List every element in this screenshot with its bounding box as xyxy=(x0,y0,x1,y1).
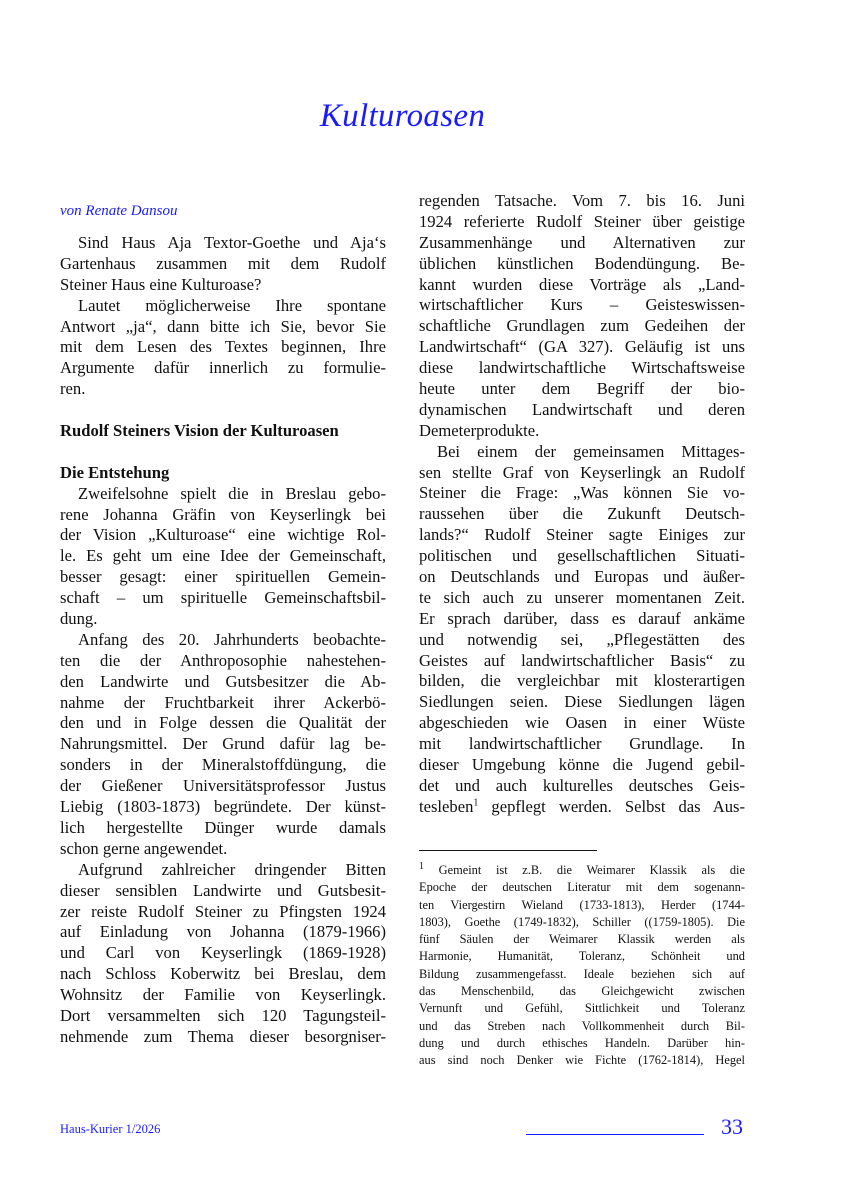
text-line: Bei einem der gemeinsamen Mittages- xyxy=(419,442,745,463)
text-line: sen stellte Graf von Keyserlingk an Rudo… xyxy=(419,463,745,484)
text-line: diese landwirtschaftliche Wirtschaftswei… xyxy=(419,358,745,379)
text-line: regenden Tatsache. Vom 7. bis 16. Juni xyxy=(419,191,745,212)
text-line: schaft – um spirituelle Gemeinschaftsbil… xyxy=(60,588,386,609)
page-number: 33 xyxy=(721,1114,743,1140)
text-line: Steiner Haus eine Kulturoase? xyxy=(60,275,386,296)
blank-line xyxy=(60,400,386,421)
text-line: Sind Haus Aja Textor-Goethe und Aja‘s xyxy=(60,233,386,254)
text-line: wirtschaftlicher Kurs – Geisteswissen- xyxy=(419,295,745,316)
author-byline: von Renate Dansou xyxy=(60,203,177,220)
text-line: Landwirtschaft“ (GA 327). Geläufig ist u… xyxy=(419,337,745,358)
text-line: mit dem Lesen des Textes beginnen, Ihre xyxy=(60,337,386,358)
article-title: Kulturoasen xyxy=(0,98,805,135)
text-line: Dort versammelten sich 120 Tagungsteil- xyxy=(60,1006,386,1027)
publication-name: Haus-Kurier 1/2026 xyxy=(60,1122,160,1137)
footnote: 1 Gemeint ist z.B. die Weimarer Klassik … xyxy=(419,862,745,1070)
text-line: raussehen über die Zukunft Deutsch- xyxy=(419,504,745,525)
text-line: politischen und gesellschaftlichen Situa… xyxy=(419,546,745,567)
footnote-line: aus sind noch Denker wie Fichte (1762-18… xyxy=(419,1052,745,1069)
footnote-line: Harmonie, Humanität, Toleranz, Schönheit… xyxy=(419,948,745,965)
blank-line xyxy=(60,442,386,463)
text-line: Gartenhaus zusammen mit dem Rudolf xyxy=(60,254,386,275)
text-line: Wohnsitz der Familie von Keyserlingk. xyxy=(60,985,386,1006)
text-line: Anfang des 20. Jahrhunderts beobachte- xyxy=(60,630,386,651)
footnote-line: Bildung zusammengefasst. Ideale beziehen… xyxy=(419,966,745,983)
text-line: Demeterprodukte. xyxy=(419,421,745,442)
footnote-text: Gemeint ist z.B. die Weimarer Klassik al… xyxy=(424,863,745,877)
text-line: der Vision „Kulturoase“ eine wichtige Ro… xyxy=(60,525,386,546)
text-line: lich hergestellte Dünger wurde damals xyxy=(60,818,386,839)
footnote-line: und das Streben nach Vollkommenheit durc… xyxy=(419,1018,745,1035)
footnote-line: das Menschenbild, das Gleichgewicht zwis… xyxy=(419,983,745,1000)
text-line: heute unter dem Begriff der bio- xyxy=(419,379,745,400)
text-line: Geistes auf landwirtschaftlicher Basis“ … xyxy=(419,651,745,672)
text-line: der Gießener Universitätsprofessor Justu… xyxy=(60,776,386,797)
text-line: schon gerne angewendet. xyxy=(60,839,386,860)
text-line: zer reiste Rudolf Steiner zu Pfingsten 1… xyxy=(60,902,386,923)
text-line: auf Einladung von Johanna (1879-1966) xyxy=(60,922,386,943)
footnote-separator xyxy=(419,850,597,851)
text-line: schaftliche Grundlagen zum Gedeihen der xyxy=(419,316,745,337)
footnote-line: dung und durch ethisches Handeln. Darübe… xyxy=(419,1035,745,1052)
footnote-line: fünf Säulen der Weimarer Klassik werden … xyxy=(419,931,745,948)
text-line: üblichen künstlichen Bodendüngung. Be- xyxy=(419,254,745,275)
text-line: und notwendig sei, „Pflegestätten des xyxy=(419,630,745,651)
text-line: Aufgrund zahlreicher dringender Bitten xyxy=(60,860,386,881)
text-line: rene Johanna Gräfin von Keyserlingk bei xyxy=(60,505,386,526)
text-line: ten die der Anthroposophie nahestehen- xyxy=(60,651,386,672)
text-line: on Deutschlands und Europas und äußer- xyxy=(419,567,745,588)
text-line: ren. xyxy=(60,379,386,400)
right-column: regenden Tatsache. Vom 7. bis 16. Juni19… xyxy=(419,191,745,818)
text-line: Nahrungsmittel. Der Grund dafür lag be- xyxy=(60,734,386,755)
text-line: den Landwirte und Gutsbesitzer die Ab- xyxy=(60,672,386,693)
text-line: Steiner die Frage: „Was können Sie vo- xyxy=(419,483,745,504)
text-line: nach Schloss Koberwitz bei Breslau, dem xyxy=(60,964,386,985)
footnote-line: Vernunft und Gefühl, Sittlichkeit und To… xyxy=(419,1000,745,1017)
text-line: den und in Folge dessen die Qualität der xyxy=(60,713,386,734)
text-line: le. Es geht um eine Idee der Gemeinschaf… xyxy=(60,546,386,567)
text-line: abgeschieden wie Oasen in einer Wüste xyxy=(419,713,745,734)
text-fragment: gepflegt werden. Selbst das Aus- xyxy=(478,797,745,816)
footnote-line: ten Viergestirn Wieland (1733-1813), Her… xyxy=(419,897,745,914)
text-line: lands?“ Rudolf Steiner sagte Einiges zur xyxy=(419,525,745,546)
text-line: Zweifelsohne spielt die in Breslau gebo- xyxy=(60,484,386,505)
text-line: mit landwirtschaftlicher Grundlage. In xyxy=(419,734,745,755)
text-line: dung. xyxy=(60,609,386,630)
section-heading: Rudolf Steiners Vision der Kulturoasen xyxy=(60,421,386,442)
text-line: 1924 referierte Rudolf Steiner über geis… xyxy=(419,212,745,233)
left-column: Sind Haus Aja Textor-Goethe und Aja‘sGar… xyxy=(60,233,386,1048)
text-line: Siedlungen seien. Diese Siedlungen lägen xyxy=(419,692,745,713)
text-line: nehmende zum Thema dieser besorgniser- xyxy=(60,1027,386,1048)
text-line: Liebig (1803-1873) begründete. Der künst… xyxy=(60,797,386,818)
text-line: dieser sensiblen Landwirte und Gutsbesit… xyxy=(60,881,386,902)
text-line: dynamischen Landwirtschaft und deren xyxy=(419,400,745,421)
text-line: Lautet möglicherweise Ihre spontane xyxy=(60,296,386,317)
footnote-line: Epoche der deutschen Literatur mit dem s… xyxy=(419,879,745,896)
text-line: kannt wurden diese Vorträge als „Land- xyxy=(419,275,745,296)
text-line: sonders in der Mineralstoffdüngung, die xyxy=(60,755,386,776)
text-fragment: tesleben xyxy=(419,797,473,816)
text-line: besser gesagt: einer spirituellen Gemein… xyxy=(60,567,386,588)
text-line: det und auch kulturelles deutsches Geis- xyxy=(419,776,745,797)
text-line: und Carl von Keyserlingk (1869-1928) xyxy=(60,943,386,964)
text-line: Antwort „ja“, dann bitte ich Sie, bevor … xyxy=(60,317,386,338)
text-line: nahme der Fruchtbarkeit ihrer Ackerbö- xyxy=(60,693,386,714)
text-line: dieser Umgebung könne die Jugend gebil- xyxy=(419,755,745,776)
footer-rule xyxy=(526,1134,704,1135)
text-line: Er sprach darüber, dass es darauf ankäme xyxy=(419,609,745,630)
section-heading: Die Entstehung xyxy=(60,463,386,484)
text-line: Argumente dafür innerlich zu formulie- xyxy=(60,358,386,379)
text-line-with-footnote-ref: tesleben1 gepflegt werden. Selbst das Au… xyxy=(419,797,745,818)
footnote-line: 1803), Goethe (1749-1832), Schiller ((17… xyxy=(419,914,745,931)
text-line: Zusammenhänge und Alternativen zur xyxy=(419,233,745,254)
text-line: te sich auch zu unserer momentanen Zeit. xyxy=(419,588,745,609)
text-line: bilden, die vergleichbar mit klosterarti… xyxy=(419,671,745,692)
footnote-first-line: 1 Gemeint ist z.B. die Weimarer Klassik … xyxy=(419,862,745,879)
